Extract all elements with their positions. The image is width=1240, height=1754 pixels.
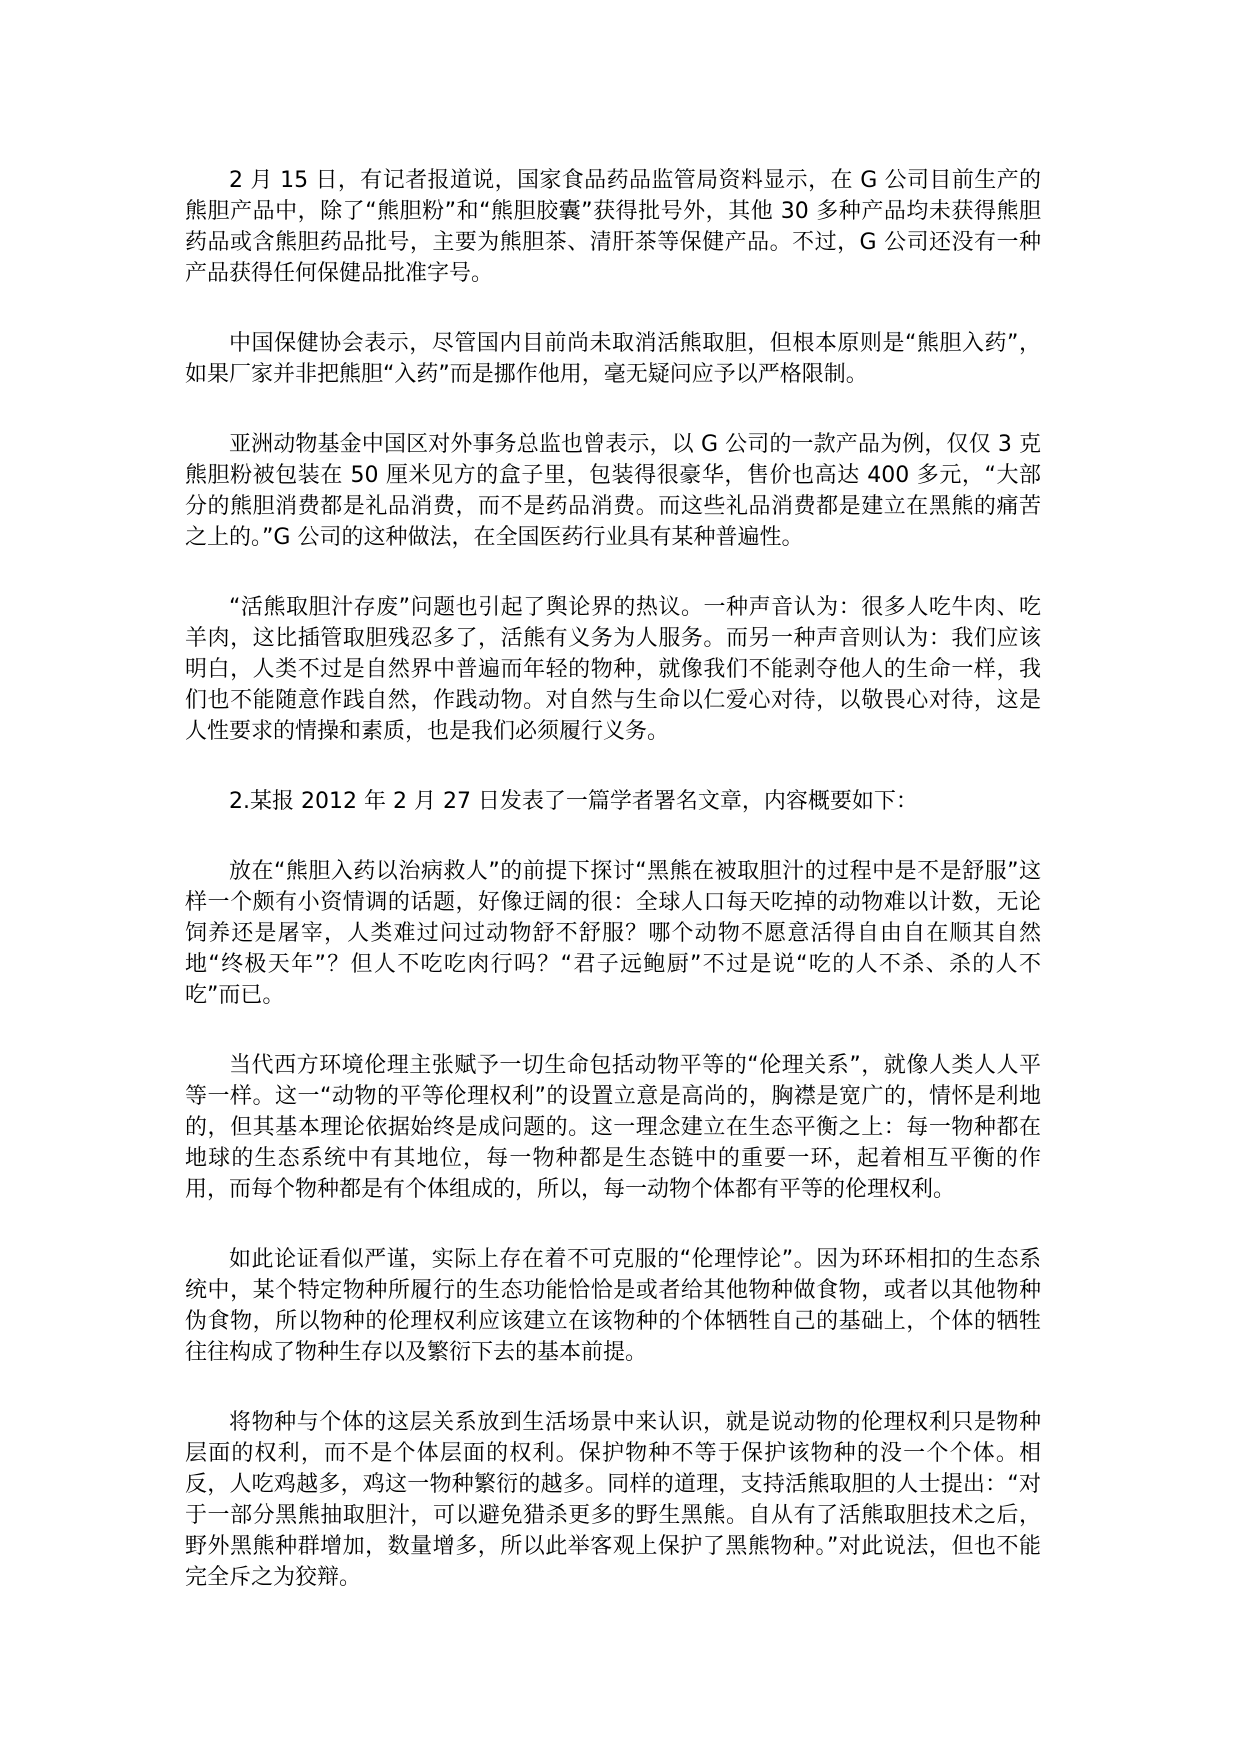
paragraph-4: “活熊取胆汁存废”问题也引起了舆论界的热议。一种声音认为：很多人吃牛肉、吃羊肉，… (185, 592, 1041, 747)
paragraph-8: 如此论证看似严谨，实际上存在着不可克服的“伦理悖论”。因为环环相扣的生态系统中，… (185, 1244, 1041, 1368)
paragraph-7: 当代西方环境伦理主张赋予一切生命包括动物平等的“伦理关系”，就像人类人人平等一样… (185, 1050, 1041, 1205)
paragraph-6: 放在“熊胆入药以治病救人”的前提下探讨“黑熊在被取胆汁的过程中是不是舒服”这样一… (185, 856, 1041, 1011)
paragraph-5: 2.某报 2012 年 2 月 27 日发表了一篇学者署名文章，内容概要如下： (185, 786, 1041, 817)
paragraph-9: 将物种与个体的这层关系放到生活场景中来认识，就是说动物的伦理权利只是物种层面的权… (185, 1407, 1041, 1593)
document-page: 2 月 15 日，有记者报道说，国家食品药品监管局资料显示，在 G 公司目前生产… (0, 0, 1240, 1754)
document-body: 2 月 15 日，有记者报道说，国家食品药品监管局资料显示，在 G 公司目前生产… (185, 165, 1041, 1593)
paragraph-1: 2 月 15 日，有记者报道说，国家食品药品监管局资料显示，在 G 公司目前生产… (185, 165, 1041, 289)
paragraph-3: 亚洲动物基金中国区对外事务总监也曾表示，以 G 公司的一款产品为例，仅仅 3 克… (185, 429, 1041, 553)
paragraph-2: 中国保健协会表示，尽管国内目前尚未取消活熊取胆，但根本原则是“熊胆入药”，如果厂… (185, 328, 1041, 390)
